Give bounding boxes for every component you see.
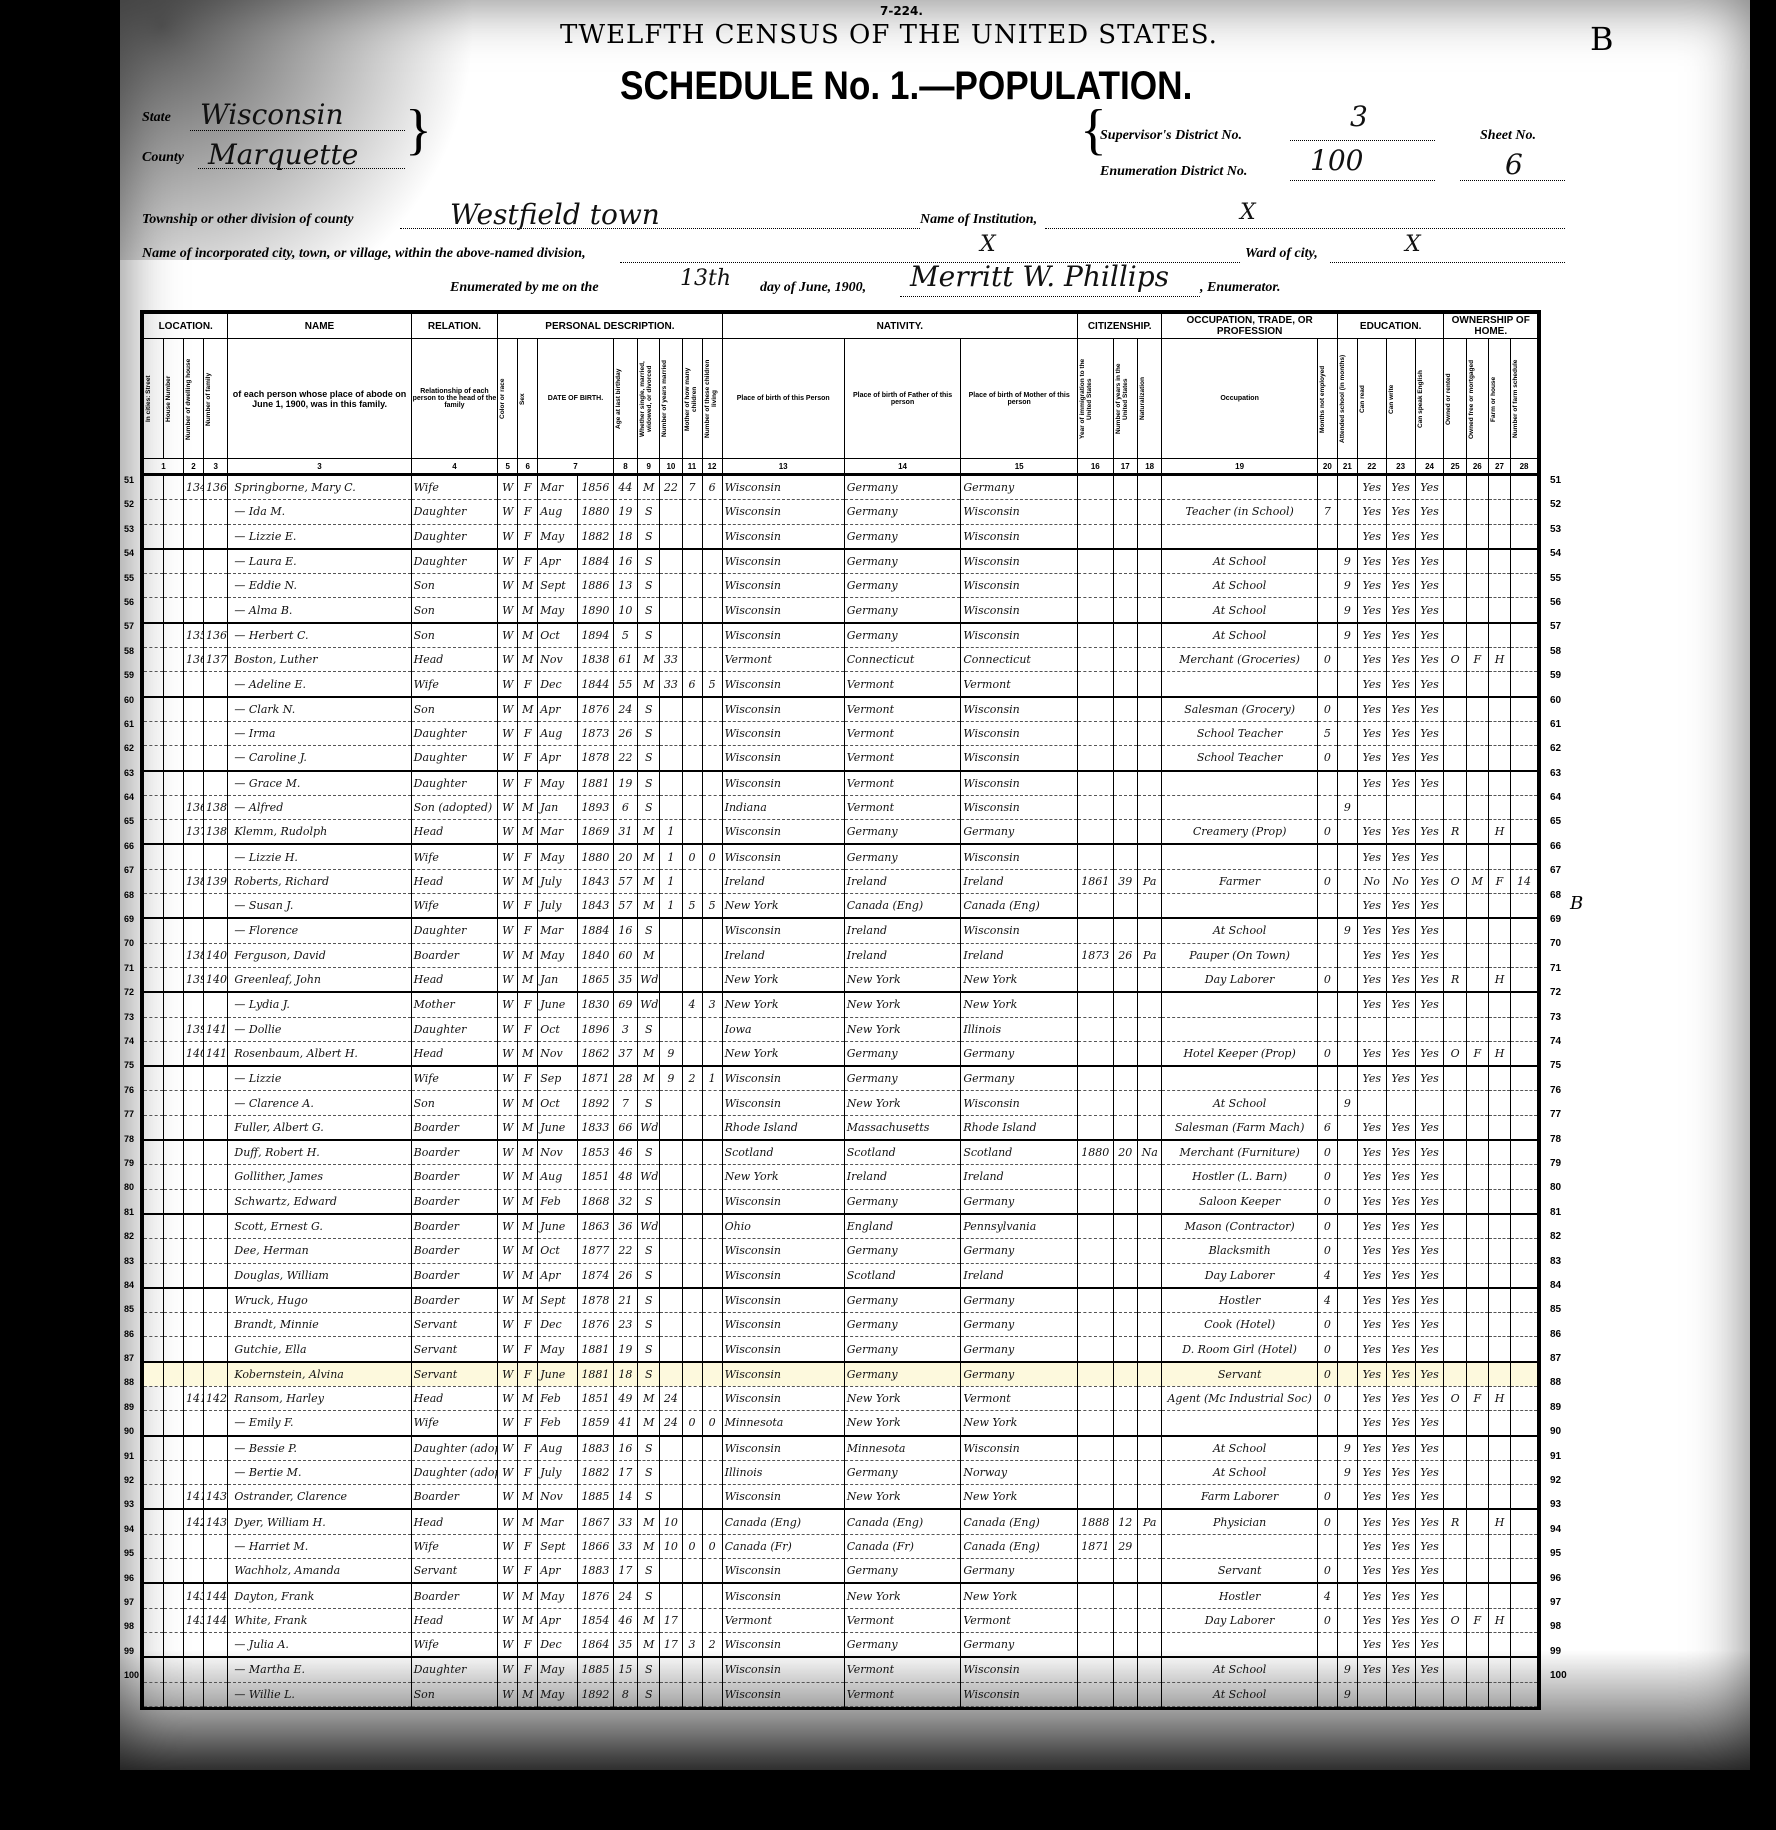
line-number: 84 (1550, 1280, 1590, 1304)
line-number: 75 (124, 1060, 144, 1084)
cell-read: Yes (1357, 1313, 1386, 1337)
cell-farm-no (1511, 1165, 1538, 1189)
cell-sex: F (518, 1632, 538, 1657)
cell-house (163, 500, 183, 524)
cell-sex: M (518, 648, 538, 672)
cell-race: W (498, 1657, 518, 1682)
cell-birth: New York (722, 992, 844, 1017)
cell-house (163, 1263, 183, 1288)
table-row: Brandt, MinnieServantWFDec187623SWiscons… (144, 1313, 1538, 1337)
cell-mother-birth: New York (961, 992, 1078, 1017)
cell-dwelling: 143 (183, 1608, 203, 1632)
cell-mother-birth: Vermont (961, 672, 1078, 697)
cell-dwelling: 135 (183, 623, 203, 648)
cell-age: 18 (613, 524, 637, 549)
cell-owned (1444, 1091, 1466, 1115)
cell-write: Yes (1386, 697, 1415, 722)
cell-marital: S (638, 1559, 660, 1584)
cell-read: Yes (1357, 1559, 1386, 1584)
cell-farm (1488, 697, 1510, 722)
cell-occupation (1162, 894, 1317, 919)
cell-farm-no (1511, 943, 1538, 967)
cell-family: 144 (203, 1583, 227, 1608)
cell-yrs-us (1113, 1485, 1137, 1510)
cell-name: Duff, Robert H. (228, 1140, 411, 1165)
cell-read: Yes (1357, 771, 1386, 796)
cell-name: Springborne, Mary C. (228, 475, 411, 500)
cell-street (144, 1657, 164, 1682)
cell-street (144, 894, 164, 919)
line-number: 70 (124, 938, 144, 962)
cell-immig (1078, 672, 1114, 697)
brace: } (405, 98, 432, 162)
cell-yrs-married (660, 1214, 682, 1239)
col-age: Age at last birthday (615, 354, 622, 444)
cell-name: — Irma (228, 721, 411, 745)
cell-occupation: D. Room Girl (Hotel) (1162, 1337, 1317, 1362)
cell-farm (1488, 1632, 1510, 1657)
cell-mortgage (1466, 992, 1488, 1017)
cell-write: Yes (1386, 992, 1415, 1017)
cell-children (682, 1017, 702, 1041)
cell-birth: New York (722, 894, 844, 919)
cell-father-birth: Germany (844, 1239, 961, 1263)
cell-children: 0 (682, 1411, 702, 1436)
line-number: 64 (1550, 792, 1590, 816)
cell-month: Nov (538, 1140, 578, 1165)
cell-marital: S (638, 1288, 660, 1313)
cell-father-birth: Germany (844, 1362, 961, 1387)
cell-occupation: School Teacher (1162, 721, 1317, 745)
cell-birth: Wisconsin (722, 1362, 844, 1387)
cell-immig (1078, 795, 1114, 819)
cell-yrs-us (1113, 1041, 1137, 1066)
cell-dwelling (183, 1091, 203, 1115)
cell-father-birth: Scotland (844, 1263, 961, 1288)
cell-yrs-married (660, 1115, 682, 1140)
cell-write: Yes (1386, 598, 1415, 623)
cell-father-birth: Connecticut (844, 648, 961, 672)
cell-month: Apr (538, 1263, 578, 1288)
cell-street (144, 943, 164, 967)
cell-name: — Lizzie H. (228, 844, 411, 869)
cell-year: 1843 (578, 869, 614, 893)
cell-relation: Daughter (411, 524, 498, 549)
cell-race: W (498, 869, 518, 893)
cell-children (682, 1460, 702, 1484)
cell-yrs-us (1113, 721, 1137, 745)
cell-nat (1137, 1066, 1161, 1091)
line-number: 78 (1550, 1134, 1590, 1158)
cell-occupation: Hostler (1162, 1288, 1317, 1313)
col-birth-person: Place of birth of this Person (722, 339, 844, 459)
cell-month: Feb (538, 1411, 578, 1436)
cell-name: Dyer, William H. (228, 1509, 411, 1534)
cell-yrs-married: 24 (660, 1386, 682, 1410)
cell-write: Yes (1386, 1436, 1415, 1461)
cell-nat (1137, 844, 1161, 869)
cell-marital: M (638, 820, 660, 845)
line-number: 100 (124, 1670, 144, 1694)
institution-value: X (1240, 200, 1256, 225)
cell-school (1337, 1386, 1357, 1410)
cell-relation: Servant (411, 1362, 498, 1387)
cell-yrs-married (660, 1460, 682, 1484)
cell-yrs-us (1113, 574, 1137, 598)
cell-age: 24 (613, 697, 637, 722)
cell-farm (1488, 771, 1510, 796)
cell-read: No (1357, 869, 1386, 893)
cell-month: May (538, 1337, 578, 1362)
cell-mortgage (1466, 1189, 1488, 1214)
cell-birth: Wisconsin (722, 1288, 844, 1313)
col-number: 27 (1488, 459, 1510, 475)
cell-farm-no (1511, 894, 1538, 919)
cell-yrs-us: 26 (1113, 943, 1137, 967)
cell-occupation: Hotel Keeper (Prop) (1162, 1041, 1317, 1066)
line-number: 63 (1550, 768, 1590, 792)
cell-marital: S (638, 574, 660, 598)
cell-school (1337, 1165, 1357, 1189)
cell-age: 18 (613, 1362, 637, 1387)
cell-yrs-married (660, 1091, 682, 1115)
line-number: 83 (1550, 1256, 1590, 1280)
enumerated-prefix: Enumerated by me on the (450, 280, 599, 296)
cell-farm-no (1511, 475, 1538, 500)
cell-marital: S (638, 1485, 660, 1510)
cell-marital: S (638, 1682, 660, 1706)
cell-farm-no (1511, 1091, 1538, 1115)
cell-age: 22 (613, 1239, 637, 1263)
cell-unemployed: 0 (1317, 869, 1337, 893)
cell-farm (1488, 1559, 1510, 1584)
cell-house (163, 1632, 183, 1657)
cell-name: — Susan J. (228, 894, 411, 919)
cell-owned (1444, 795, 1466, 819)
cell-nat (1137, 1313, 1161, 1337)
cell-farm (1488, 795, 1510, 819)
cell-nat (1137, 500, 1161, 524)
cell-occupation: At School (1162, 549, 1317, 574)
cell-owned: O (1444, 1608, 1466, 1632)
cell-family (203, 1189, 227, 1214)
cell-write (1386, 1017, 1415, 1041)
line-number: 61 (1550, 719, 1590, 743)
cell-father-birth: Minnesota (844, 1436, 961, 1461)
cell-month: Sep (538, 1066, 578, 1091)
cell-mother-birth: Wisconsin (961, 549, 1078, 574)
cell-school: 9 (1337, 1682, 1357, 1706)
enumerated-day: 13th (680, 266, 731, 291)
cell-relation: Daughter (411, 500, 498, 524)
cell-nat (1137, 1362, 1161, 1387)
cell-farm-no (1511, 1559, 1538, 1584)
cell-unemployed: 0 (1317, 820, 1337, 845)
cell-age: 19 (613, 1337, 637, 1362)
cell-sex: M (518, 967, 538, 992)
table-row: 143144White, FrankHeadWMApr185446M17Verm… (144, 1608, 1538, 1632)
col-english: Can speak English (1417, 354, 1424, 444)
cell-marital: S (638, 524, 660, 549)
cell-school (1337, 1214, 1357, 1239)
cell-english: Yes (1415, 1165, 1444, 1189)
cell-year: 1854 (578, 1608, 614, 1632)
cell-marital: M (638, 1411, 660, 1436)
cell-farm (1488, 1583, 1510, 1608)
cell-english (1415, 1017, 1444, 1041)
cell-street (144, 1313, 164, 1337)
cell-nat (1137, 475, 1161, 500)
cell-family (203, 672, 227, 697)
sheet-value: 6 (1505, 148, 1523, 181)
cell-name: — Florence (228, 918, 411, 943)
cell-race: W (498, 475, 518, 500)
cell-yrs-married: 9 (660, 1041, 682, 1066)
cell-year: 1869 (578, 820, 614, 845)
table-row: — IrmaDaughterWFAug187326SWisconsinVermo… (144, 721, 1538, 745)
cell-dwelling: 140 (183, 1041, 203, 1066)
line-number: 91 (1550, 1451, 1590, 1475)
cell-write: Yes (1386, 1189, 1415, 1214)
cell-farm (1488, 894, 1510, 919)
cell-birth: Rhode Island (722, 1115, 844, 1140)
cell-occupation: At School (1162, 1091, 1317, 1115)
cell-children: 7 (682, 475, 702, 500)
cell-write: Yes (1386, 524, 1415, 549)
cell-relation: Boarder (411, 1288, 498, 1313)
cell-english (1415, 795, 1444, 819)
cell-yrs-us (1113, 549, 1137, 574)
cell-marital: Wd (638, 1115, 660, 1140)
cell-mortgage (1466, 623, 1488, 648)
cell-mortgage (1466, 500, 1488, 524)
cell-yrs-married: 9 (660, 1066, 682, 1091)
cell-school (1337, 1041, 1357, 1066)
cell-month: Oct (538, 1091, 578, 1115)
line-number: 69 (124, 914, 144, 938)
cell-mother-birth: Wisconsin (961, 500, 1078, 524)
line-numbers-left: 5152535455565758596061626364656667686970… (124, 475, 144, 1695)
cell-write: Yes (1386, 1140, 1415, 1165)
cell-occupation (1162, 1017, 1317, 1041)
cell-english: Yes (1415, 1362, 1444, 1387)
cell-write: Yes (1386, 1337, 1415, 1362)
cell-marital: M (638, 672, 660, 697)
cell-dwelling (183, 894, 203, 919)
cell-mortgage: F (1466, 1608, 1488, 1632)
table-row: — Lydia J.MotherWFJune183069Wd43New York… (144, 992, 1538, 1017)
cell-month: May (538, 943, 578, 967)
cell-house (163, 1657, 183, 1682)
cell-mother-birth: Wisconsin (961, 1436, 1078, 1461)
cell-street (144, 672, 164, 697)
cell-owned (1444, 1682, 1466, 1706)
cell-name: Klemm, Rudolph (228, 820, 411, 845)
cell-farm-no (1511, 992, 1538, 1017)
cell-marital: S (638, 795, 660, 819)
table-row: — FlorenceDaughterWFMar188416SWisconsinI… (144, 918, 1538, 943)
cell-yrs-married (660, 1165, 682, 1189)
cell-month: Aug (538, 721, 578, 745)
cell-marital: M (638, 894, 660, 919)
table-row: — Caroline J.DaughterWFApr187822SWiscons… (144, 746, 1538, 771)
cell-mortgage (1466, 1583, 1488, 1608)
cell-marital: S (638, 771, 660, 796)
col-family: Number of family (205, 354, 212, 444)
cell-mortgage (1466, 1091, 1488, 1115)
cell-immig (1078, 1066, 1114, 1091)
cell-occupation: At School (1162, 598, 1317, 623)
table-row: — Julia A.WifeWFDec186435M1732WisconsinG… (144, 1632, 1538, 1657)
line-number: 61 (124, 719, 144, 743)
cell-house (163, 746, 183, 771)
group-citizenship: CITIZENSHIP. (1078, 314, 1162, 339)
cell-mortgage (1466, 1214, 1488, 1239)
cell-english: Yes (1415, 1411, 1444, 1436)
cell-children (682, 1140, 702, 1165)
cell-read (1357, 1682, 1386, 1706)
cell-yrs-us: 29 (1113, 1534, 1137, 1558)
col-number: 8 (613, 459, 637, 475)
cell-house (163, 549, 183, 574)
cell-family: 141 (203, 1041, 227, 1066)
line-number: 89 (1550, 1402, 1590, 1426)
cell-name: — Herbert C. (228, 623, 411, 648)
cell-unemployed: 0 (1317, 1041, 1337, 1066)
cell-name: Ferguson, David (228, 943, 411, 967)
cell-name: — Lizzie (228, 1066, 411, 1091)
cell-relation: Son (411, 1682, 498, 1706)
cell-birth: Wisconsin (722, 549, 844, 574)
cell-year: 1856 (578, 475, 614, 500)
cell-living (702, 574, 722, 598)
cell-owned (1444, 918, 1466, 943)
cell-house (163, 771, 183, 796)
cell-dwelling: 139 (183, 1017, 203, 1041)
col-number: 25 (1444, 459, 1466, 475)
cell-write: Yes (1386, 820, 1415, 845)
line-number: 77 (1550, 1109, 1590, 1133)
cell-english: Yes (1415, 574, 1444, 598)
cell-house (163, 1337, 183, 1362)
cell-english: Yes (1415, 1288, 1444, 1313)
cell-yrs-us (1113, 1017, 1137, 1041)
table-row: 138139Roberts, RichardHeadWMJuly184357M1… (144, 869, 1538, 893)
col-number: 22 (1357, 459, 1386, 475)
cell-family (203, 1214, 227, 1239)
cell-race: W (498, 648, 518, 672)
table-row: Scott, Ernest G.BoarderWMJune186336WdOhi… (144, 1214, 1538, 1239)
cell-mortgage (1466, 771, 1488, 796)
cell-read: Yes (1357, 1263, 1386, 1288)
cell-unemployed (1317, 1682, 1337, 1706)
cell-father-birth: Germany (844, 500, 961, 524)
line-number: 60 (124, 695, 144, 719)
cell-year: 1896 (578, 1017, 614, 1041)
cell-english: Yes (1415, 598, 1444, 623)
cell-mother-birth: Wisconsin (961, 918, 1078, 943)
cell-dwelling: 138 (183, 869, 203, 893)
cell-name: Roberts, Richard (228, 869, 411, 893)
cell-living (702, 820, 722, 845)
cell-living (702, 1115, 722, 1140)
cell-unemployed (1317, 598, 1337, 623)
cell-relation: Daughter (411, 918, 498, 943)
cell-family: 143 (203, 1485, 227, 1510)
cell-english: Yes (1415, 623, 1444, 648)
cell-english (1415, 1682, 1444, 1706)
census-title: TWELFTH CENSUS OF THE UNITED STATES. (560, 20, 1218, 50)
cell-dwelling (183, 1559, 203, 1584)
cell-yrs-us (1113, 1411, 1137, 1436)
cell-mortgage (1466, 894, 1488, 919)
cell-marital: S (638, 697, 660, 722)
cell-sex: M (518, 1041, 538, 1066)
cell-mother-birth: Canada (Eng) (961, 1509, 1078, 1534)
cell-family (203, 1066, 227, 1091)
cell-sex: M (518, 1509, 538, 1534)
cell-farm (1488, 1657, 1510, 1682)
cell-immig (1078, 992, 1114, 1017)
line-number: 100 (1550, 1670, 1590, 1694)
cell-living: 0 (702, 1534, 722, 1558)
cell-year: 1892 (578, 1091, 614, 1115)
cell-sex: F (518, 844, 538, 869)
cell-unemployed: 0 (1317, 1559, 1337, 1584)
enumerator-line (900, 296, 1200, 297)
cell-occupation: Servant (1162, 1559, 1317, 1584)
cell-month: May (538, 1682, 578, 1706)
cell-dwelling (183, 721, 203, 745)
cell-birth: Wisconsin (722, 721, 844, 745)
cell-mortgage (1466, 967, 1488, 992)
supervisor-district-value: 3 (1350, 100, 1368, 133)
cell-dwelling: 142 (183, 1509, 203, 1534)
cell-street (144, 1017, 164, 1041)
cell-immig (1078, 1583, 1114, 1608)
cell-read: Yes (1357, 1239, 1386, 1263)
cell-relation: Daughter (411, 549, 498, 574)
line-number: 85 (1550, 1304, 1590, 1328)
cell-age: 14 (613, 1485, 637, 1510)
cell-street (144, 1165, 164, 1189)
col-number: 9 (638, 459, 660, 475)
cell-children (682, 1509, 702, 1534)
cell-yrs-us (1113, 1189, 1137, 1214)
cell-yrs-married: 33 (660, 648, 682, 672)
cell-living (702, 1460, 722, 1484)
cell-english: Yes (1415, 967, 1444, 992)
cell-relation: Head (411, 820, 498, 845)
cell-english: Yes (1415, 1140, 1444, 1165)
cell-mother-birth: New York (961, 1583, 1078, 1608)
cell-house (163, 598, 183, 623)
cell-race: W (498, 623, 518, 648)
cell-yrs-married (660, 1559, 682, 1584)
enumeration-district-value: 100 (1310, 144, 1363, 177)
cell-year: 1877 (578, 1239, 614, 1263)
table-row: 137138Klemm, RudolphHeadWMMar186931M1Wis… (144, 820, 1538, 845)
cell-owned (1444, 1559, 1466, 1584)
cell-birth: Scotland (722, 1140, 844, 1165)
cell-dwelling (183, 1362, 203, 1387)
cell-birth: Ireland (722, 943, 844, 967)
cell-family: 136 (203, 623, 227, 648)
cell-immig (1078, 1682, 1114, 1706)
line-number: 87 (124, 1353, 144, 1377)
cell-father-birth: Germany (844, 549, 961, 574)
cell-mother-birth: Ireland (961, 1165, 1078, 1189)
